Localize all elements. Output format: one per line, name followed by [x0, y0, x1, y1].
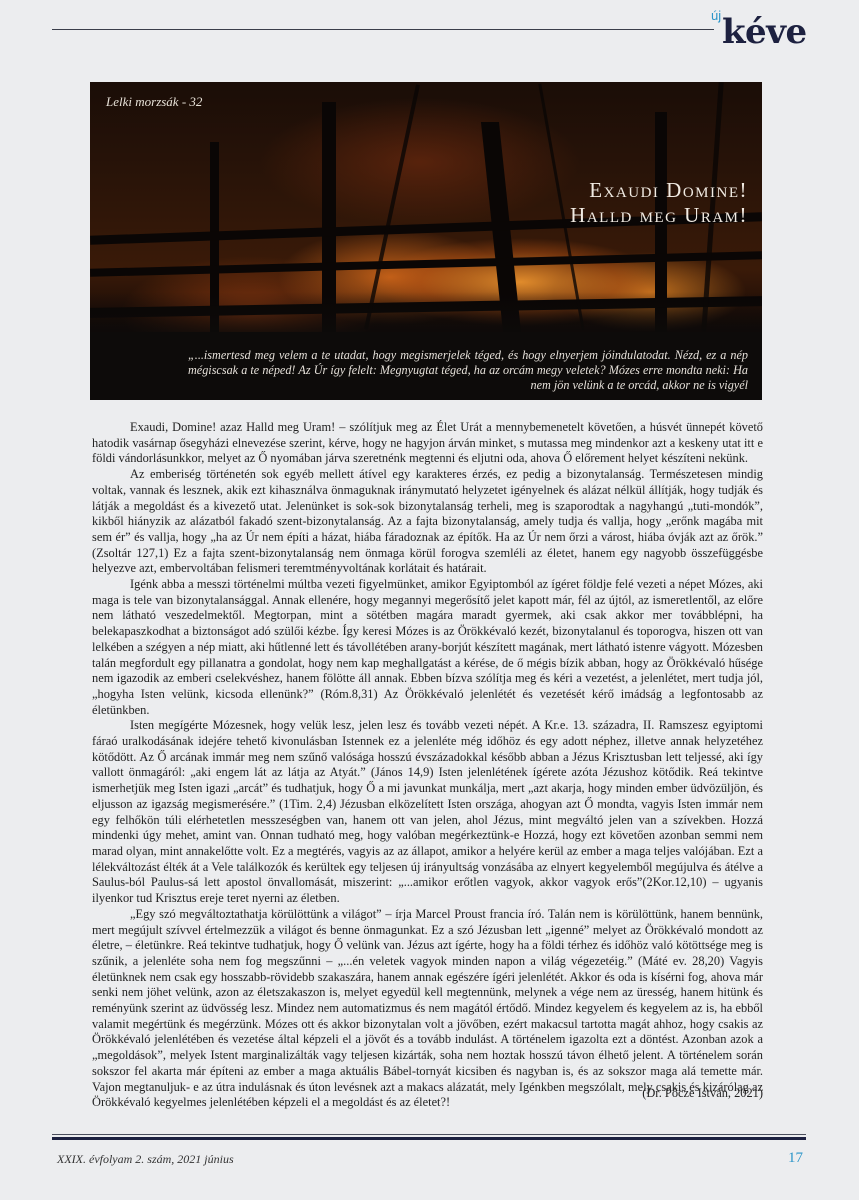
- paragraph: Az emberiség történetén sok egyéb mellet…: [92, 467, 763, 577]
- footer-rule-thick: [52, 1137, 806, 1140]
- magazine-logo: új kéve: [708, 6, 818, 56]
- page-number: 17: [788, 1150, 803, 1167]
- header-rule: [52, 29, 714, 30]
- author-signature: (Dr. Pőcze István, 2021): [642, 1086, 763, 1101]
- article-body: Exaudi, Domine! azaz Halld meg Uram! – s…: [92, 420, 763, 1111]
- article-title: Exaudi Domine! Halld meg Uram!: [570, 178, 748, 228]
- footer-rule: [52, 1134, 806, 1135]
- title-line-hungarian: Halld meg Uram!: [570, 203, 748, 228]
- hero-banner: Lelki morzsák - 32 Exaudi Domine! Halld …: [90, 82, 762, 400]
- logo-name: kéve: [722, 12, 807, 52]
- series-label: Lelki morzsák - 32: [106, 94, 202, 110]
- paragraph: „Egy szó megváltoztathatja körülöttünk a…: [92, 907, 763, 1111]
- logo-prefix: új: [711, 8, 721, 23]
- issue-info: XXIX. évfolyam 2. szám, 2021 június: [57, 1152, 234, 1167]
- scripture-quote: „...ismertesd meg velem a te utadat, hog…: [188, 348, 748, 393]
- paragraph: Igénk abba a messzi történelmi múltba ve…: [92, 577, 763, 718]
- paragraph: Isten megígérte Mózesnek, hogy velük les…: [92, 718, 763, 906]
- title-line-latin: Exaudi Domine!: [570, 178, 748, 203]
- paragraph: Exaudi, Domine! azaz Halld meg Uram! – s…: [92, 420, 763, 467]
